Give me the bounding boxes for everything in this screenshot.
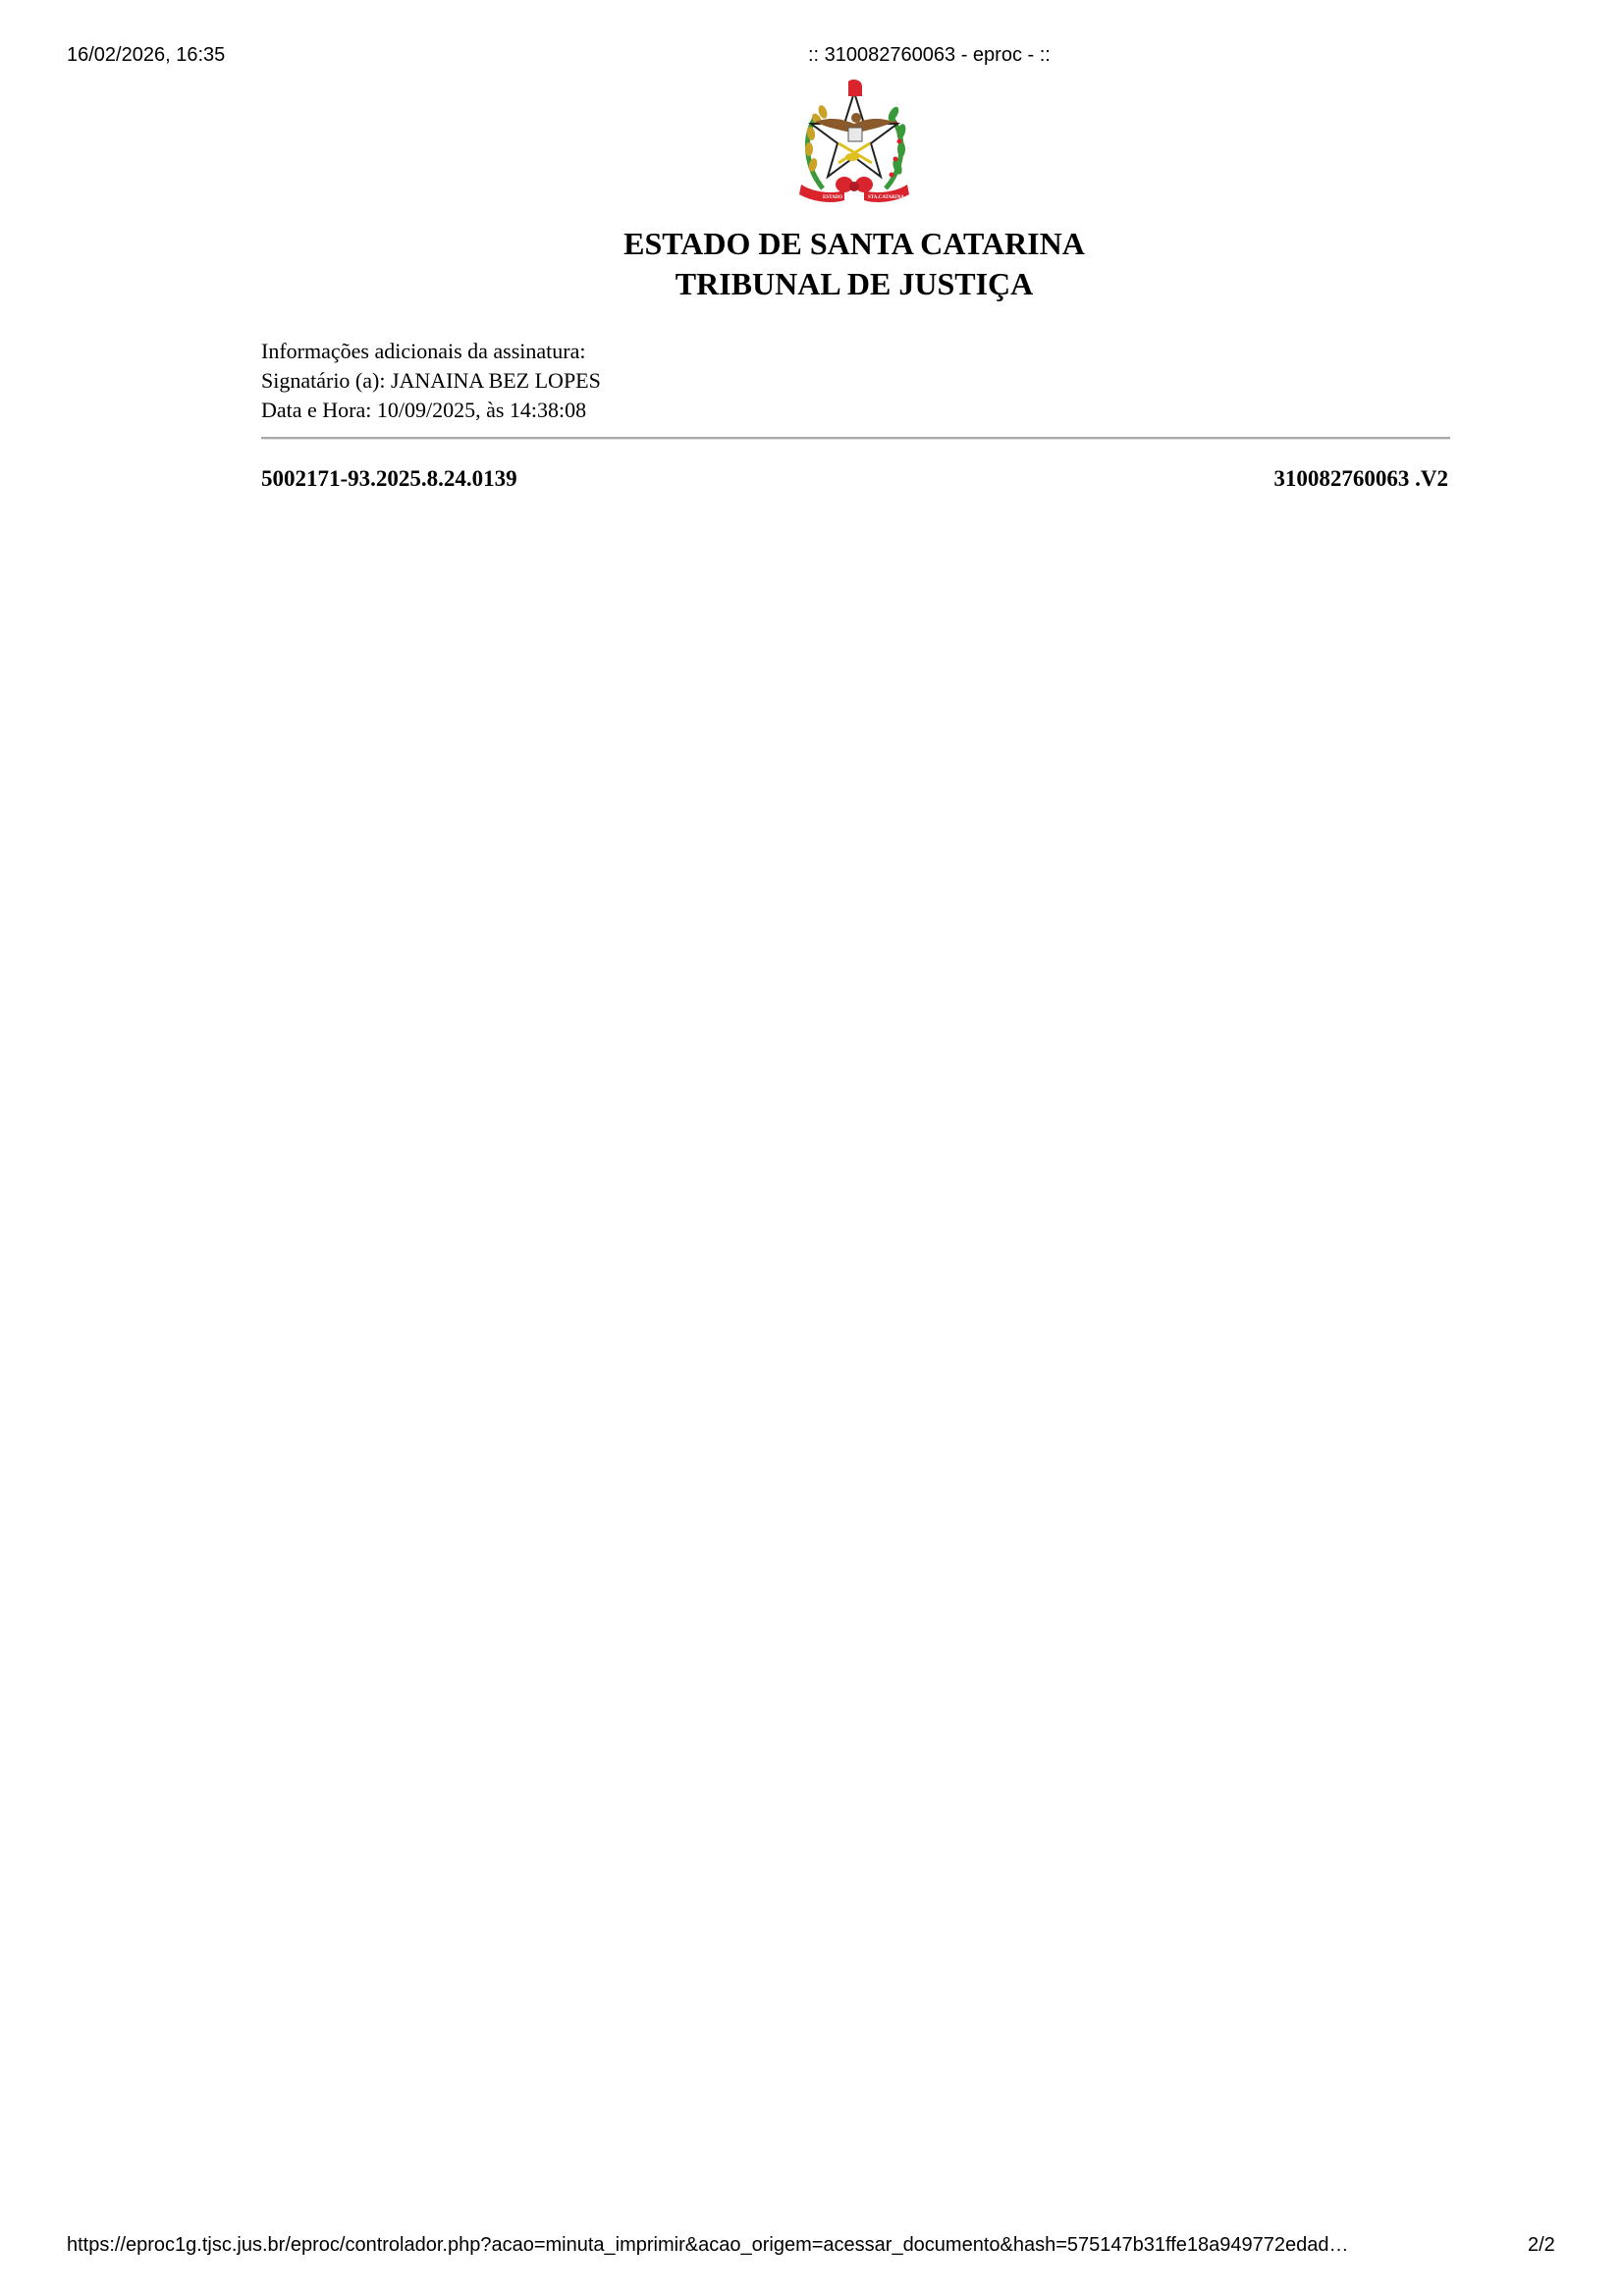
page-number: 2/2: [1528, 2233, 1555, 2257]
signature-signer: Signatário (a): JANAINA BEZ LOPES: [261, 366, 601, 396]
process-number: 5002171-93.2025.8.24.0139: [261, 465, 517, 493]
horizontal-divider: [261, 437, 1450, 440]
signature-info-heading: Informações adicionais da assinatura:: [261, 337, 585, 366]
coat-of-arms-icon: ESTADO DE STA.CATARINA: [793, 79, 915, 210]
svg-text:ESTADO DE: ESTADO DE: [823, 195, 851, 200]
print-datetime: 16/02/2026, 16:35: [67, 43, 225, 67]
letterhead-court: TRIBUNAL DE JUSTIÇA: [0, 264, 1623, 304]
letterhead-state: ESTADO DE SANTA CATARINA: [0, 224, 1623, 264]
print-url: https://eproc1g.tjsc.jus.br/eproc/contro…: [67, 2233, 1490, 2257]
print-page-title: :: 310082760063 - eproc - ::: [808, 43, 1051, 67]
signature-datetime: Data e Hora: 10/09/2025, às 14:38:08: [261, 396, 586, 425]
svg-text:STA.CATARINA: STA.CATARINA: [868, 195, 904, 200]
document-version: 310082760063 .V2: [1273, 465, 1448, 493]
